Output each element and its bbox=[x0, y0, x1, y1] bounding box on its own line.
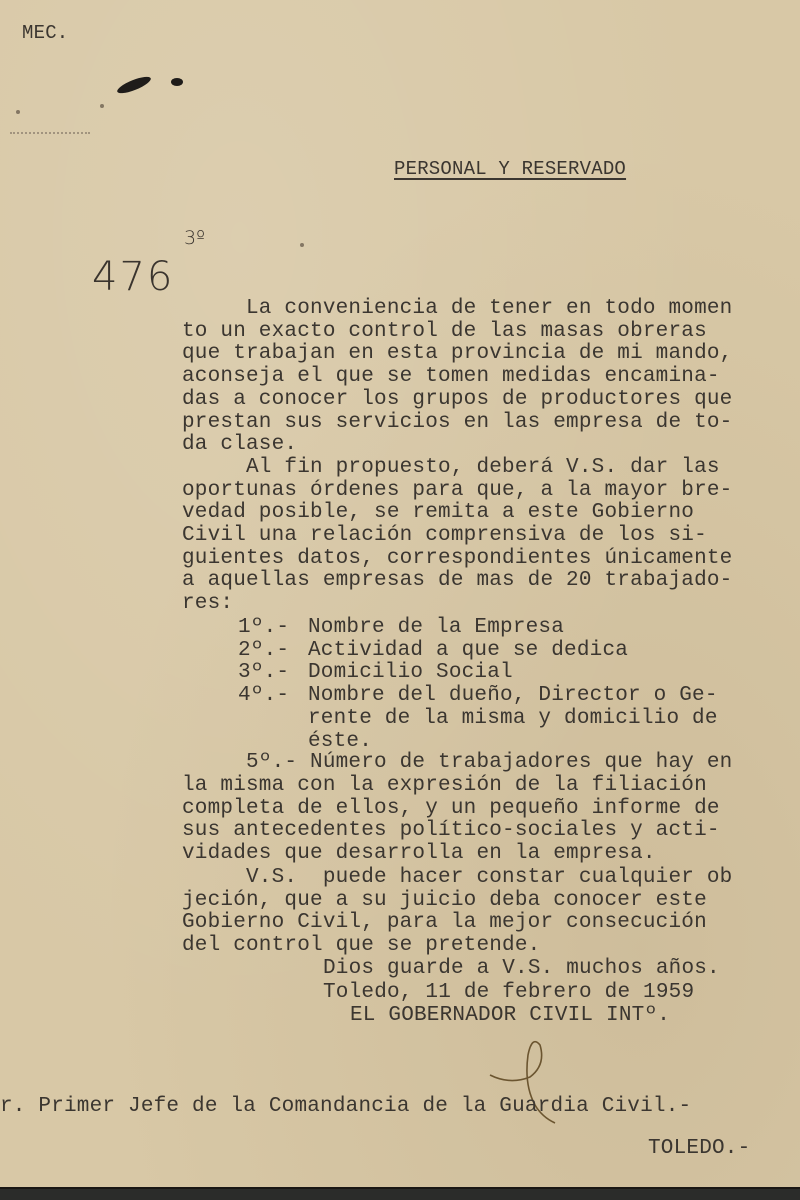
body-line: res: bbox=[182, 593, 233, 615]
list-item-5-line: sus antecedentes político-sociales y act… bbox=[182, 820, 720, 842]
body-line: guientes datos, correspondientes únicame… bbox=[182, 548, 733, 570]
reference-code: MEC. bbox=[22, 22, 68, 44]
body-line: Civil una relación comprensiva de los si… bbox=[182, 525, 707, 547]
closing-line: jeción, que a su juicio deba conocer est… bbox=[182, 890, 707, 912]
body-line: La conveniencia de tener en todo momen bbox=[182, 298, 733, 320]
handwritten-superscript: 3º bbox=[184, 227, 205, 249]
ink-blot bbox=[115, 74, 152, 97]
document-page: MEC. PERSONAL Y RESERVADO 3º 476 La conv… bbox=[0, 0, 800, 1187]
signatory: EL GOBERNADOR CIVIL INTº. bbox=[350, 1005, 670, 1027]
body-line: a aquellas empresas de mas de 20 trabaja… bbox=[182, 570, 733, 592]
body-line: das a conocer los grupos de productores … bbox=[182, 389, 733, 411]
list-item-number: 2º.- bbox=[238, 640, 289, 662]
faint-dashes bbox=[10, 132, 90, 134]
list-item-text: Actividad a que se dedica bbox=[308, 640, 628, 662]
list-item-text: Nombre de la Empresa bbox=[308, 617, 564, 639]
salutation: Dios guarde a V.S. muchos años. bbox=[323, 958, 720, 980]
scan-border bbox=[0, 1187, 800, 1200]
body-line: oportunas órdenes para que, a la mayor b… bbox=[182, 480, 733, 502]
ink-blot bbox=[171, 78, 183, 86]
handwritten-number: 476 bbox=[92, 254, 174, 300]
addressee: r. Primer Jefe de la Comandancia de la G… bbox=[0, 1096, 691, 1118]
list-item-text: Domicilio Social bbox=[308, 662, 513, 684]
list-item-text: rente de la misma y domicilio de bbox=[308, 708, 718, 730]
list-item-text: éste. bbox=[308, 731, 372, 753]
body-line: da clase. bbox=[182, 434, 297, 456]
closing-line: Gobierno Civil, para la mejor consecució… bbox=[182, 912, 707, 934]
list-item-number: 3º.- bbox=[238, 662, 289, 684]
list-item-5-line: completa de ellos, y un pequeño informe … bbox=[182, 798, 720, 820]
place-date: Toledo, 11 de febrero de 1959 bbox=[323, 982, 694, 1004]
list-item-5-line: la misma con la expresión de la filiació… bbox=[182, 775, 707, 797]
list-item-number: 1º.- bbox=[238, 617, 289, 639]
addressee-city: TOLEDO.- bbox=[648, 1138, 750, 1160]
closing-line: V.S. puede hacer constar cualquier ob bbox=[182, 867, 733, 889]
list-item-5-line: vidades que desarrolla en la empresa. bbox=[182, 843, 656, 865]
body-line: aconseja el que se tomen medidas encamin… bbox=[182, 366, 720, 388]
classification-heading: PERSONAL Y RESERVADO bbox=[394, 158, 626, 180]
body-line: vedad posible, se remita a este Gobierno bbox=[182, 502, 694, 524]
list-item-number: 4º.- bbox=[238, 685, 289, 707]
body-line: prestan sus servicios en las empresa de … bbox=[182, 412, 733, 434]
list-item-text: Nombre del dueño, Director o Ge- bbox=[308, 685, 718, 707]
body-line: to un exacto control de las masas obrera… bbox=[182, 321, 707, 343]
closing-line: del control que se pretende. bbox=[182, 935, 540, 957]
list-item-5-first: 5º.- Número de trabajadores que hay en bbox=[182, 752, 733, 774]
body-line: Al fin propuesto, deberá V.S. dar las bbox=[182, 457, 720, 479]
body-line: que trabajan en esta provincia de mi man… bbox=[182, 343, 733, 365]
